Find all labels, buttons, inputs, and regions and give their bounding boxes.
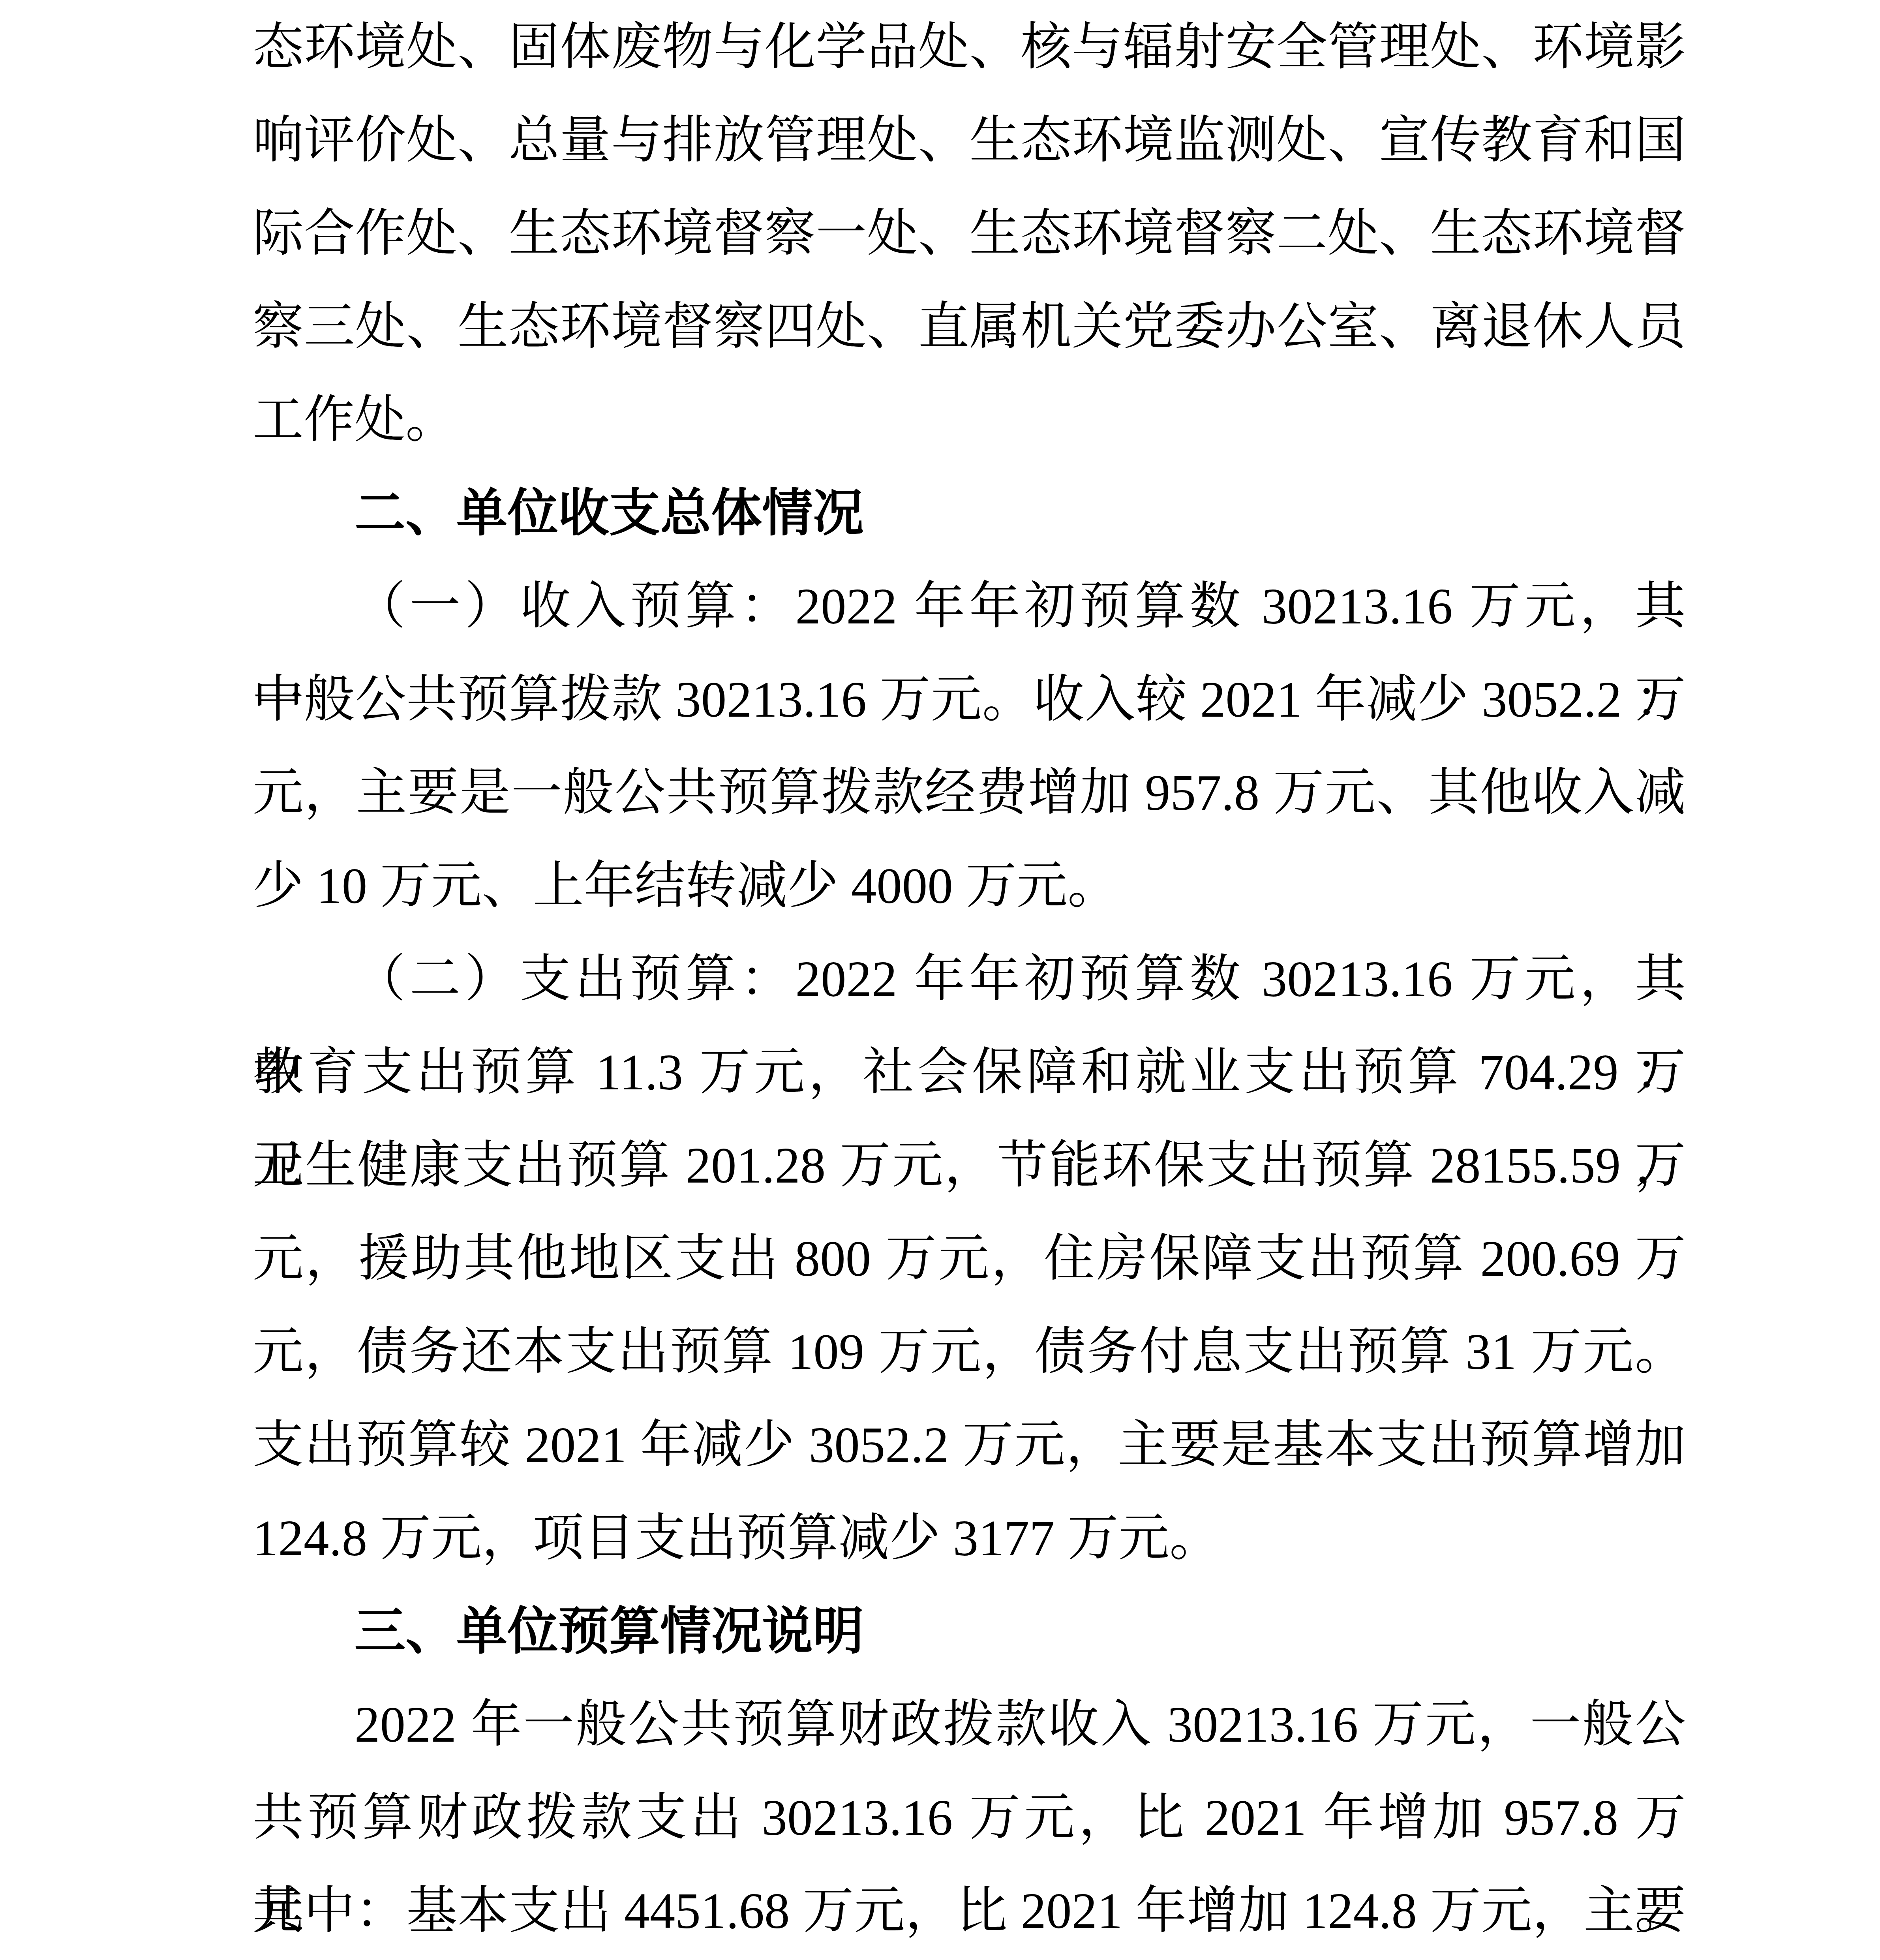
- text-line: 共预算财政拨款支出 30213.16 万元，比 2021 年增加 957.8 万…: [253, 1771, 1686, 1864]
- text-line: 其中：基本支出 4451.68 万元，比 2021 年增加 124.8 万元，主…: [253, 1864, 1686, 1958]
- text-line: 卫生健康支出预算 201.28 万元，节能环保支出预算 28155.59 万: [253, 1119, 1686, 1212]
- text-line: 态环境处、固体废物与化学品处、核与辐射安全管理处、环境影: [253, 1, 1686, 94]
- text-line: 元，援助其他地区支出 800 万元，住房保障支出预算 200.69 万: [253, 1212, 1686, 1305]
- text-line: （二）支出预算：2022 年年初预算数 30213.16 万元，其中：: [253, 933, 1686, 1026]
- text-line: 响评价处、总量与排放管理处、生态环境监测处、宣传教育和国: [253, 94, 1686, 187]
- text-line: 察三处、生态环境督察四处、直属机关党委办公室、离退休人员: [253, 280, 1686, 374]
- text-line: 一般公共预算拨款 30213.16 万元。收入较 2021 年减少 3052.2…: [253, 653, 1686, 746]
- section-2-heading: 二、单位收支总体情况: [253, 467, 1686, 560]
- text-line: 2022 年一般公共预算财政拨款收入 30213.16 万元，一般公: [253, 1678, 1686, 1771]
- text-line: 工作处。: [253, 374, 1686, 467]
- document-page: 态环境处、固体废物与化学品处、核与辐射安全管理处、环境影 响评价处、总量与排放管…: [0, 0, 1880, 1960]
- text-line: 支出预算较 2021 年减少 3052.2 万元，主要是基本支出预算增加: [253, 1399, 1686, 1492]
- text-line: 元，债务还本支出预算 109 万元，债务付息支出预算 31 万元。: [253, 1305, 1686, 1399]
- text-line: 少 10 万元、上年结转减少 4000 万元。: [253, 839, 1686, 933]
- text-line: 际合作处、生态环境督察一处、生态环境督察二处、生态环境督: [253, 187, 1686, 280]
- text-line: 教育支出预算 11.3 万元，社会保障和就业支出预算 704.29 万元，: [253, 1026, 1686, 1119]
- text-line: （一）收入预算：2022 年年初预算数 30213.16 万元，其中：: [253, 560, 1686, 653]
- section-3-heading: 三、单位预算情况说明: [253, 1585, 1686, 1678]
- text-block: 态环境处、固体废物与化学品处、核与辐射安全管理处、环境影 响评价处、总量与排放管…: [253, 1, 1686, 1958]
- text-line: 124.8 万元，项目支出预算减少 3177 万元。: [253, 1492, 1686, 1585]
- text-line: 元，主要是一般公共预算拨款经费增加 957.8 万元、其他收入减: [253, 746, 1686, 839]
